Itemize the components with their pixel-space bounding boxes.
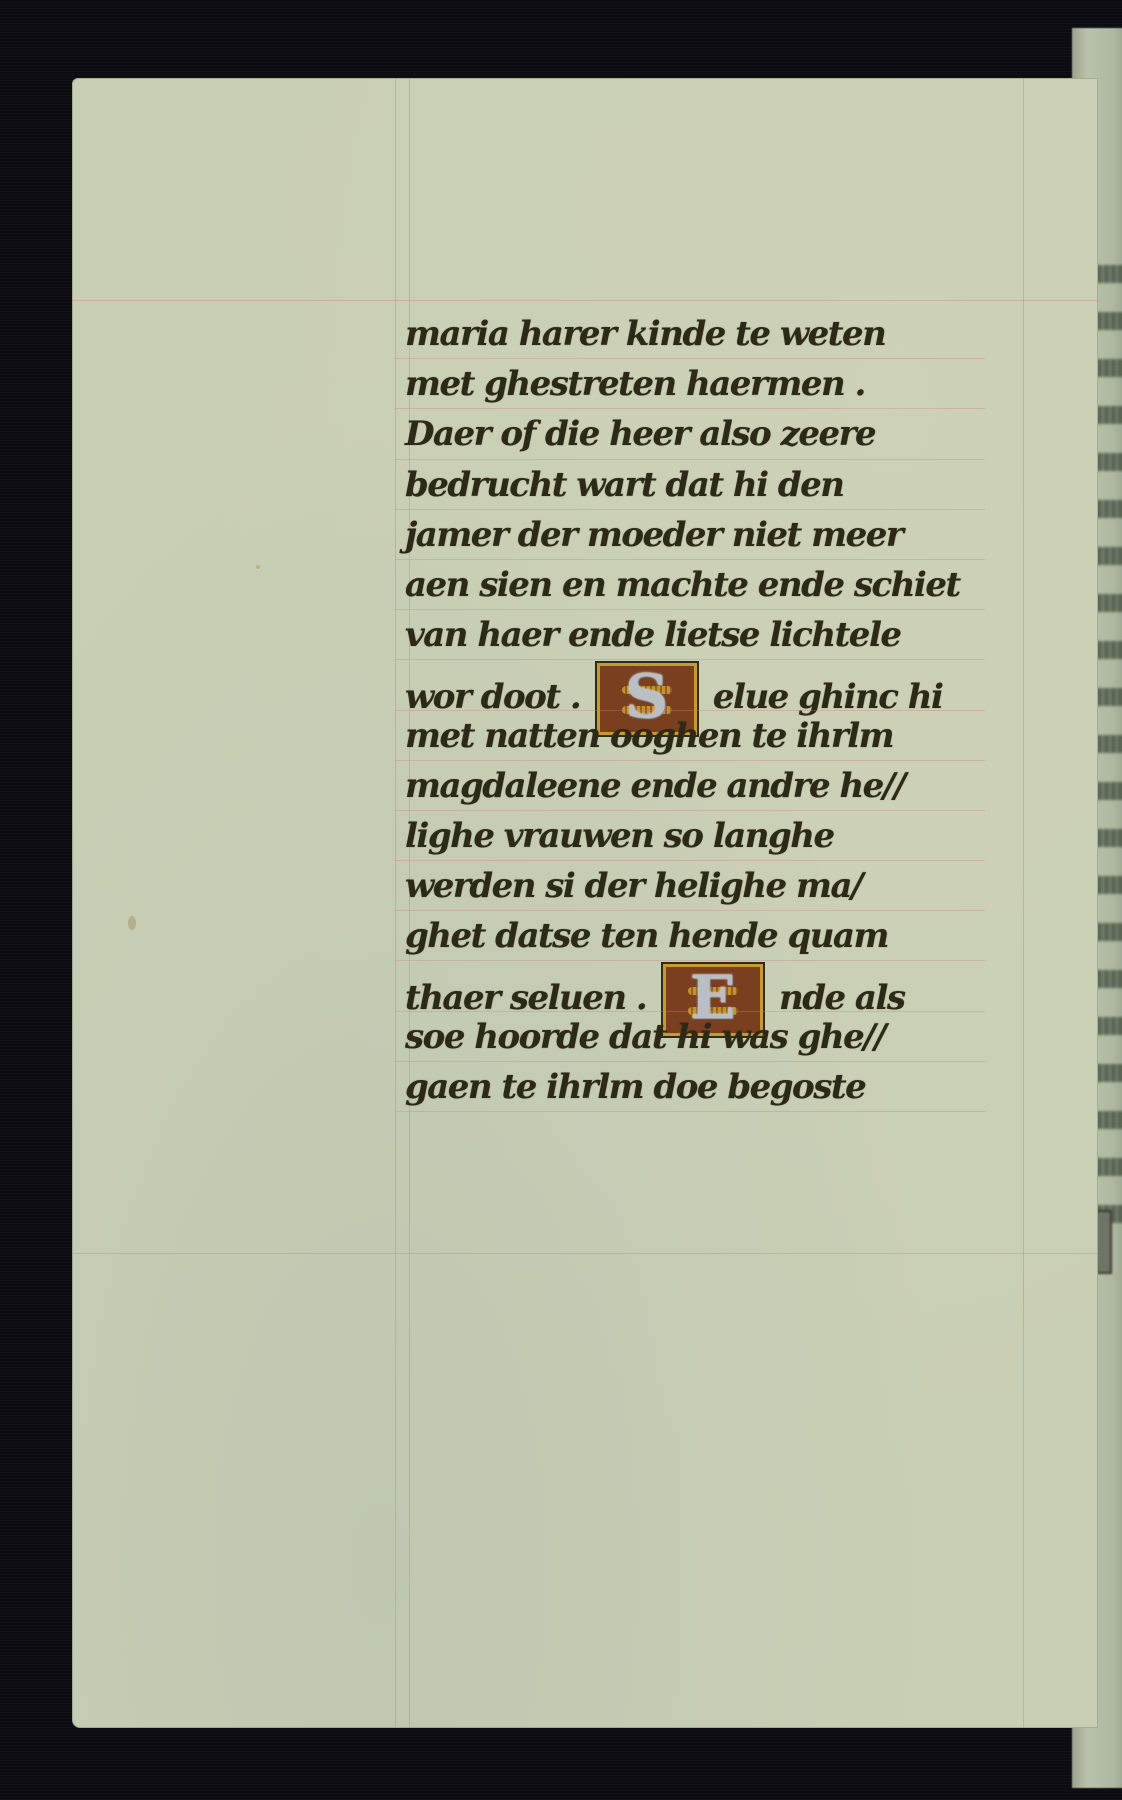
text-line-4: bedrucht wart dat hi den (405, 463, 1045, 513)
text-line-2: met ghestreten haermen . (405, 362, 1045, 412)
ruling-line-horizontal-top (72, 300, 1098, 301)
text-line-8: wor doot . S elue ghinc hi (405, 663, 1045, 713)
text-line-5: jamer der moeder niet meer (405, 513, 1045, 563)
text-line-16: gaen te ihrlm doe begoste (405, 1065, 1045, 1115)
text-line-11: lighe vrauwen so langhe (405, 814, 1045, 864)
text-line-6: aen sien en machte ende schiet (405, 563, 1045, 613)
text-before-initial: wor doot . (405, 677, 580, 717)
ruling-line-horizontal-bottom (72, 1253, 1098, 1254)
text-line-3: Daer of die heer also zeere (405, 412, 1045, 462)
parchment-speck (256, 565, 260, 569)
initial-letter: S (625, 662, 668, 732)
text-line-1: maria harer kinde te weten (405, 312, 1045, 362)
text-line-14: thaer seluen . E nde als (405, 964, 1045, 1014)
text-after-initial: elue ghinc hi (713, 677, 943, 717)
text-after-initial: nde als (779, 978, 905, 1018)
text-before-initial: thaer seluen . (405, 978, 646, 1018)
text-line-9: met natten ooghen te ihrlm (405, 714, 1045, 764)
text-line-7: van haer ende lietse lichtele (405, 613, 1045, 663)
text-line-12: werden si der helighe ma/ (405, 864, 1045, 914)
text-column: maria harer kinde te weten met ghestrete… (405, 312, 1045, 1115)
parchment-stain (128, 916, 136, 930)
initial-letter: E (690, 963, 736, 1033)
text-line-13: ghet datse ten hende quam (405, 914, 1045, 964)
text-line-10: magdaleene ende andre he// (405, 764, 1045, 814)
ruling-line-vertical-left-outer (395, 78, 396, 1728)
